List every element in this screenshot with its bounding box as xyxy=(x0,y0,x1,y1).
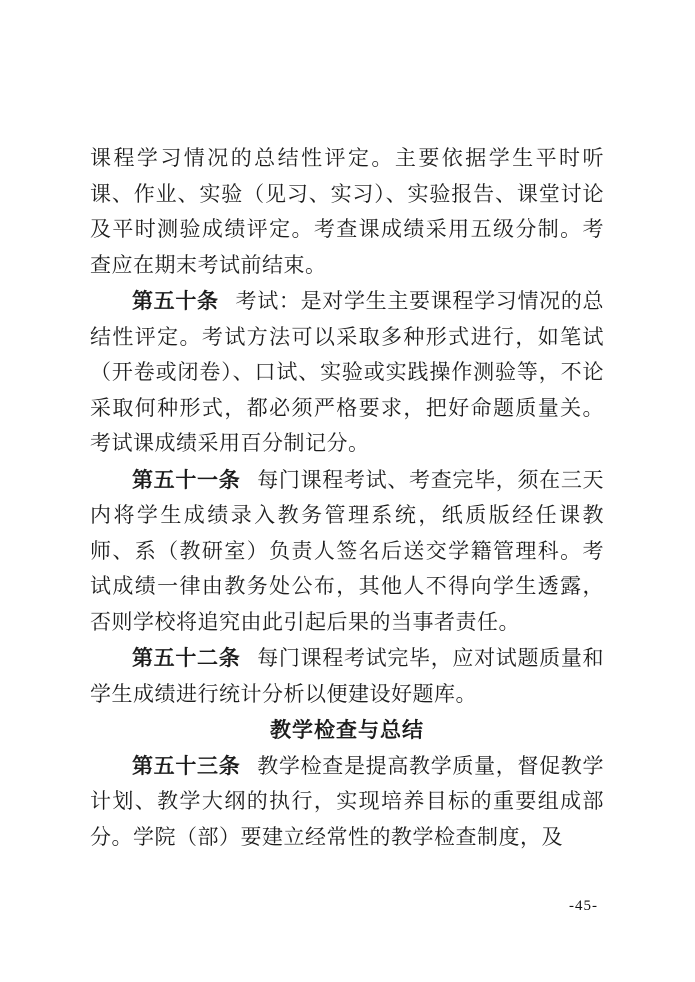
paragraph-article-52: 第五十二条每门课程考试完毕，应对试题质量和学生成绩进行统计分析以便建设好题库。 xyxy=(90,640,604,712)
article-52-number: 第五十二条 xyxy=(132,645,240,670)
article-53-number: 第五十三条 xyxy=(132,753,240,778)
document-page: 课程学习情况的总结性评定。主要依据学生平时听课、作业、实验（见习、实习）、实验报… xyxy=(0,0,695,982)
paragraph-text: 课程学习情况的总结性评定。主要依据学生平时听课、作业、实验（见习、实习）、实验报… xyxy=(90,146,604,277)
article-51-number: 第五十一条 xyxy=(132,467,240,492)
paragraph-article-50: 第五十条考试：是对学生主要课程学习情况的总结性评定。考试方法可以采取多种形式进行… xyxy=(90,283,604,462)
article-50-number: 第五十条 xyxy=(132,288,219,313)
paragraph-continuation: 课程学习情况的总结性评定。主要依据学生平时听课、作业、实验（见习、实习）、实验报… xyxy=(90,141,604,283)
document-body: 课程学习情况的总结性评定。主要依据学生平时听课、作业、实验（见习、实习）、实验报… xyxy=(90,141,604,855)
page-number: -45- xyxy=(569,897,598,915)
paragraph-article-51: 第五十一条每门课程考试、考查完毕，须在三天内将学生成绩录入教务管理系统，纸质版经… xyxy=(90,462,604,641)
section-heading: 教学检查与总结 xyxy=(90,712,604,748)
paragraph-text: 考试：是对学生主要课程学习情况的总结性评定。考试方法可以采取多种形式进行，如笔试… xyxy=(90,289,604,455)
paragraph-article-53: 第五十三条教学检查是提高教学质量，督促教学计划、教学大纲的执行，实现培养目标的重… xyxy=(90,748,604,856)
paragraph-text: 每门课程考试、考查完毕，须在三天内将学生成绩录入教务管理系统，纸质版经任课教师、… xyxy=(90,468,604,634)
